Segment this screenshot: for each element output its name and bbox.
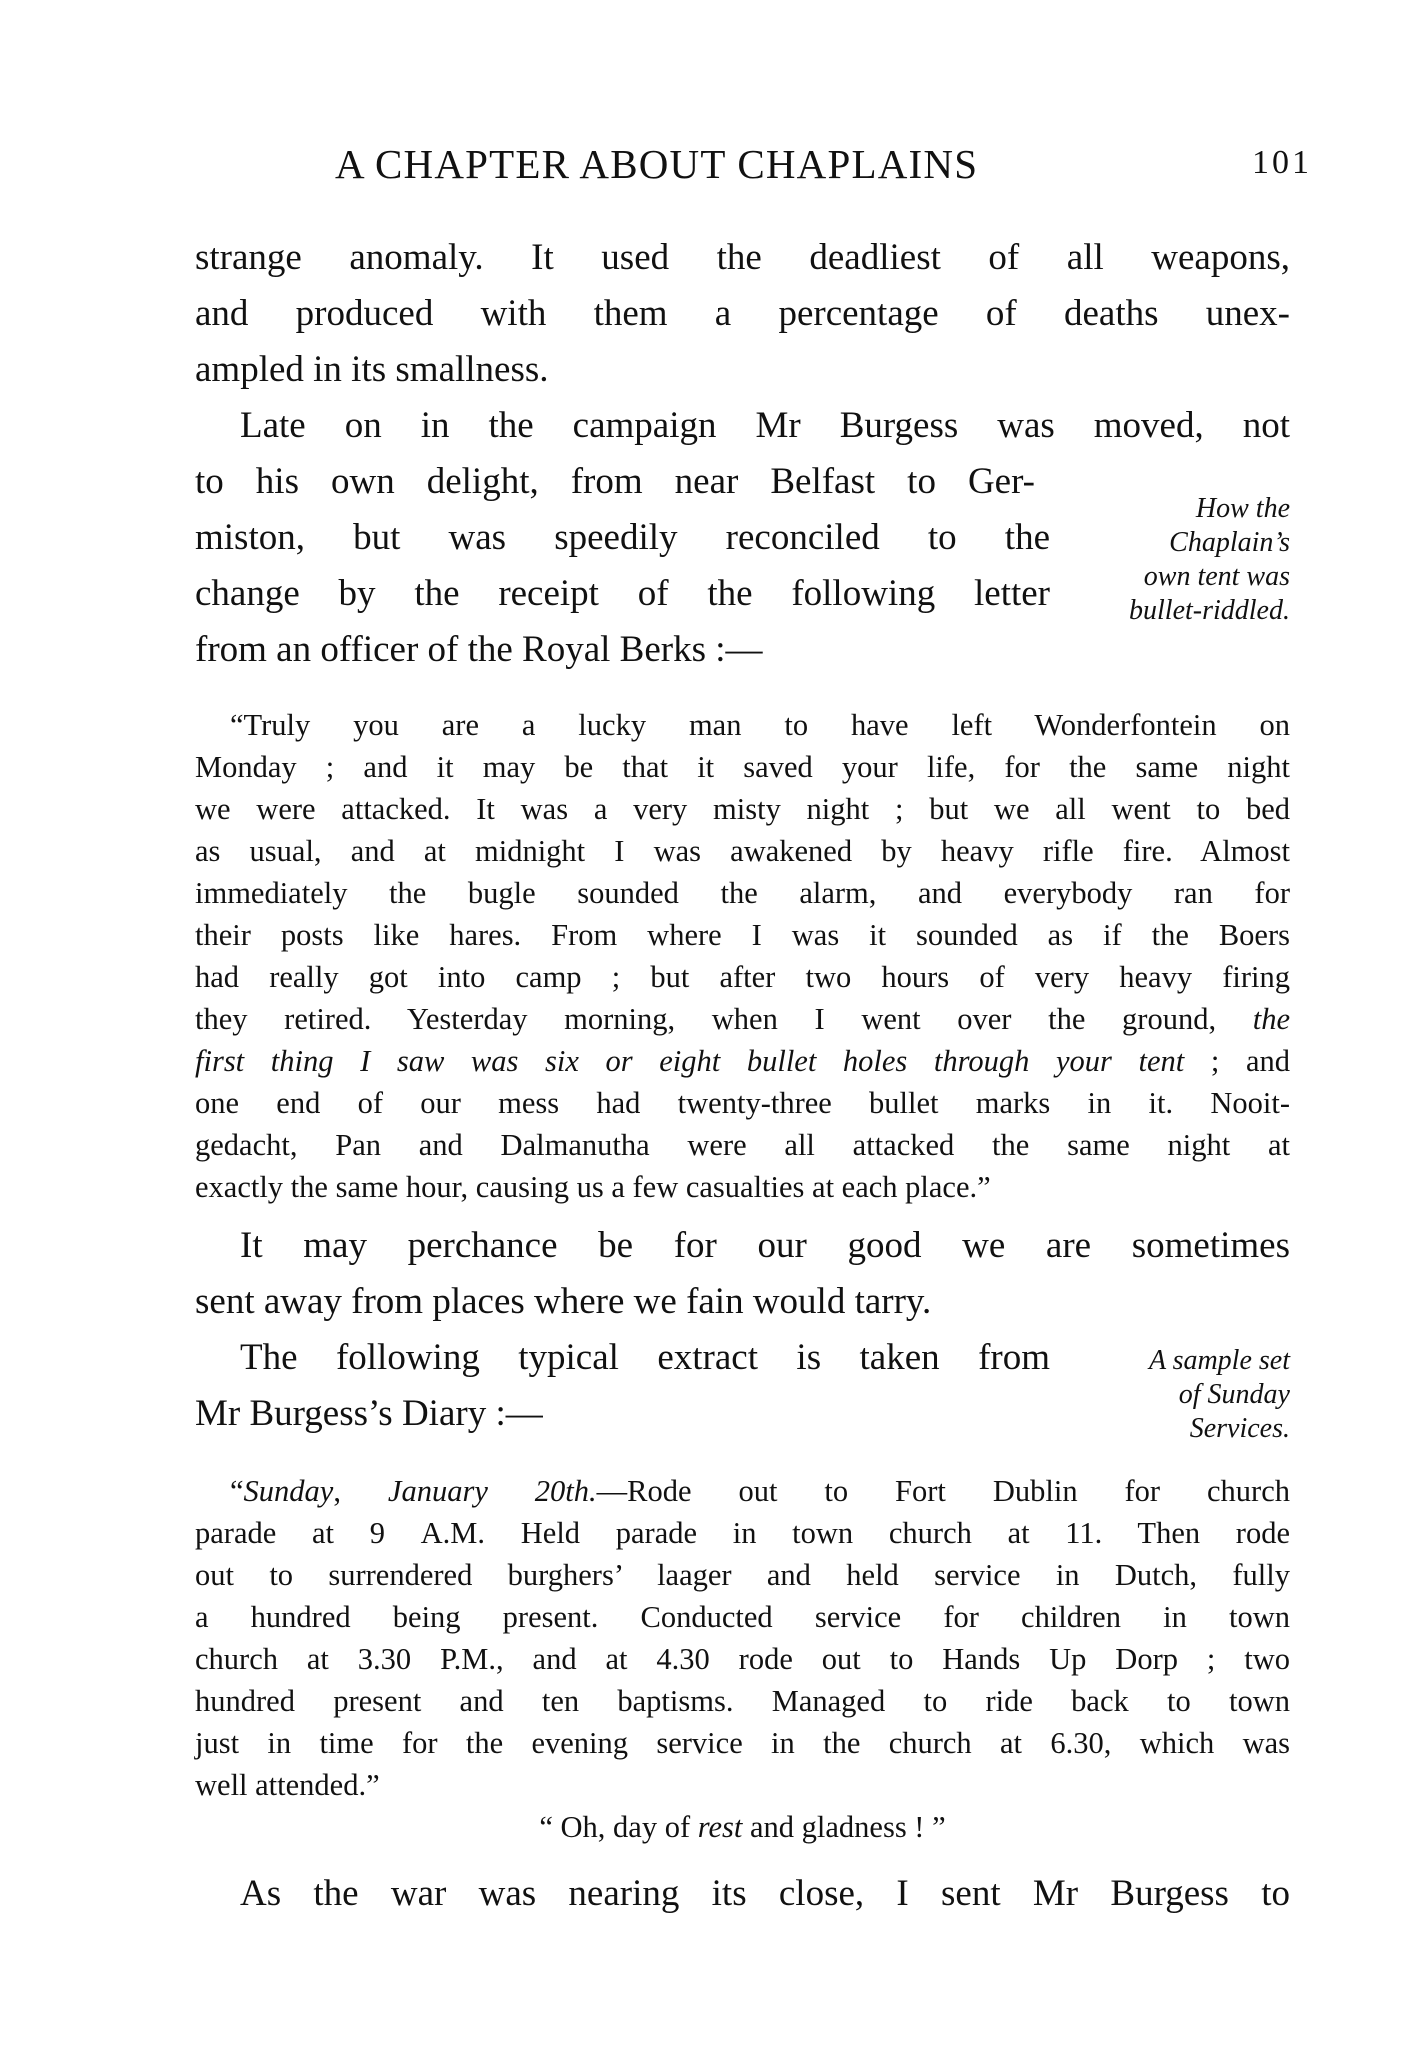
- quote-line: Monday ; and it may be that it saved you…: [195, 750, 1290, 784]
- quote-line: first thing I saw was six or eight bulle…: [195, 1044, 1290, 1078]
- text-line: change by the receipt of the following l…: [195, 574, 1050, 614]
- quote-line: immediately the bugle sounded the alarm,…: [195, 876, 1290, 910]
- margin-note-line: of Sunday: [1149, 1378, 1290, 1412]
- quote-line: just in time for the evening service in …: [195, 1726, 1290, 1760]
- quote-line: “Truly you are a lucky man to have left …: [230, 708, 1290, 742]
- italic-text: the: [1253, 1002, 1290, 1036]
- text-line: The following typical extract is taken f…: [240, 1338, 1050, 1378]
- margin-note-line: A sample set: [1149, 1344, 1290, 1378]
- text-line: It may perchance be for our good we are …: [240, 1226, 1290, 1266]
- hymn-quote: “ Oh, day of rest and gladness ! ”: [195, 1810, 1290, 1844]
- quote-line: gedacht, Pan and Dalmanutha were all att…: [195, 1128, 1290, 1162]
- text-line: Mr Burgess’s Diary :—: [195, 1394, 1290, 1434]
- margin-note-sunday-services: A sample set of Sunday Services.: [1149, 1344, 1290, 1446]
- text-line: strange anomaly. It used the deadliest o…: [195, 238, 1290, 278]
- running-head: A CHAPTER ABOUT CHAPLAINS: [335, 140, 978, 188]
- quote-line: they retired. Yesterday morning, when I …: [195, 1002, 1290, 1036]
- margin-note-line: bullet-riddled.: [1129, 594, 1290, 628]
- text-line: to his own delight, from near Belfast to…: [195, 462, 1035, 502]
- quote-text: church at 3.30: [195, 1642, 440, 1676]
- italic-text: first thing I saw was six or eight bulle…: [195, 1044, 1184, 1078]
- quote-line: “Sunday, January 20th.—Rode out to Fort …: [230, 1474, 1290, 1508]
- quote-text: —Rode out to Fort Dublin for church: [597, 1474, 1290, 1508]
- quote-line: church at 3.30 P.M., and at 4.30 rode ou…: [195, 1642, 1290, 1676]
- text-line: miston, but was speedily reconciled to t…: [195, 518, 1050, 558]
- margin-note-line: own tent was: [1129, 560, 1290, 594]
- text-line: and produced with them a percentage of d…: [195, 294, 1290, 334]
- quote-text: ,: [333, 1474, 388, 1508]
- quote-line: parade at 9 A.M. Held parade in town chu…: [195, 1516, 1290, 1550]
- text-line: Late on in the campaign Mr Burgess was m…: [240, 406, 1290, 446]
- quote-line: their posts like hares. From where I was…: [195, 918, 1290, 952]
- quote-line: out to surrendered burghers’ laager and …: [195, 1558, 1290, 1592]
- time-am: A.M.: [421, 1516, 485, 1550]
- quote-text: parade at 9: [195, 1516, 421, 1550]
- quote-text: Held parade in town church at 11. Then r…: [485, 1516, 1290, 1550]
- quote-text: “ Oh, day of: [539, 1810, 697, 1844]
- quote-line: as usual, and at midnight I was awakened…: [195, 834, 1290, 868]
- page-number: 101: [1252, 144, 1312, 182]
- open-quote: “: [230, 1474, 244, 1508]
- quote-line: one end of our mess had twenty-three bul…: [195, 1086, 1290, 1120]
- quote-text: ; and: [1211, 1044, 1290, 1078]
- quote-line: we were attacked. It was a very misty ni…: [195, 792, 1290, 826]
- text-line: sent away from places where we fain woul…: [195, 1282, 1290, 1322]
- text-line: from an officer of the Royal Berks :—: [195, 630, 1050, 670]
- quote-line: had really got into camp ; but after two…: [195, 960, 1290, 994]
- text-line: As the war was nearing its close, I sent…: [240, 1874, 1290, 1914]
- italic-text: January 20th.: [388, 1474, 597, 1508]
- quote-text: , and at 4.30 rode out to Hands Up Dorp …: [496, 1642, 1290, 1676]
- margin-note-line: Services.: [1149, 1412, 1290, 1446]
- margin-note-tent: How the Chaplain’s own tent was bullet-r…: [1129, 492, 1290, 628]
- text-line: ampled in its smallness.: [195, 350, 1290, 390]
- margin-note-line: Chaplain’s: [1129, 526, 1290, 560]
- italic-text: Sunday: [244, 1474, 334, 1508]
- quote-line: hundred present and ten baptisms. Manage…: [195, 1684, 1290, 1718]
- quote-text: and gladness ! ”: [742, 1810, 945, 1844]
- quote-line: well attended.”: [195, 1768, 1290, 1802]
- quote-text: they retired. Yesterday morning, when I …: [195, 1002, 1216, 1036]
- italic-text: rest: [698, 1810, 743, 1844]
- time-pm: P.M.: [440, 1642, 496, 1676]
- margin-note-line: How the: [1129, 492, 1290, 526]
- quote-line: a hundred being present. Conducted servi…: [195, 1600, 1290, 1634]
- quote-line: exactly the same hour, causing us a few …: [195, 1170, 1290, 1204]
